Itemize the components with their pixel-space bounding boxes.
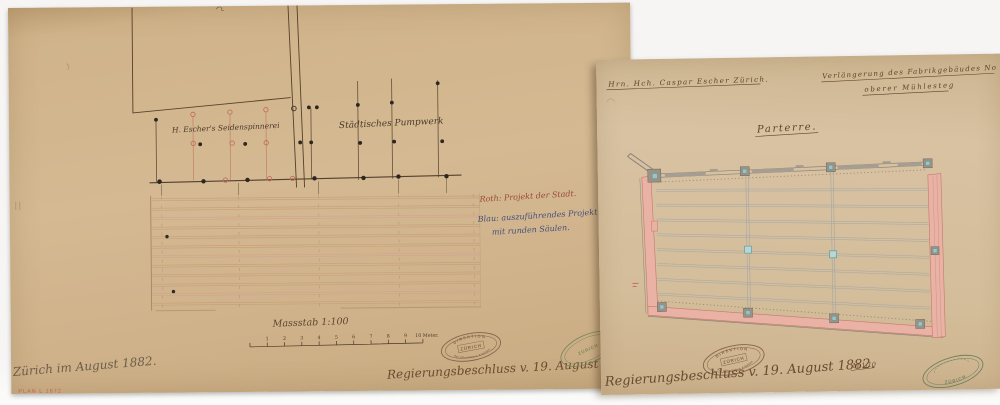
header-subject-line2: oberer Mühlesteg bbox=[864, 81, 955, 94]
stamp-bottom-text: ZÜRICH bbox=[943, 373, 967, 386]
approval-note: Regierungsbeschluss v. 19. August 1882. bbox=[603, 357, 875, 390]
scale-tick: 1 bbox=[266, 336, 269, 342]
scale-end-label: 10 Meter. bbox=[415, 333, 439, 339]
header-subject-line1: Verlängerung des Fabrikgebäudes No 10 bbox=[822, 63, 1000, 81]
sheet-headers: Hrn. Hch. Caspar Escher Zürich. Verlänge… bbox=[606, 63, 1000, 139]
wall-piers bbox=[648, 159, 941, 333]
scale-title: Massstab 1:100 bbox=[272, 316, 349, 330]
svg-text:ZÜRICH: ZÜRICH bbox=[943, 373, 967, 386]
scale-note: M 1/10 bbox=[851, 360, 876, 370]
legend-blue-line: Blau: auszuführendes Projekt bbox=[476, 208, 598, 224]
legend-red-line: Roth: Projekt der Stadt. bbox=[478, 189, 576, 204]
scale-tick: 5 bbox=[335, 335, 338, 341]
label-seidenspinnerei: H. Escher's Seidenspinnerei bbox=[171, 121, 280, 135]
scale-tick: 8 bbox=[387, 334, 390, 340]
approval-note: Regierungsbeschluss v. 19. August 1882. bbox=[386, 355, 634, 382]
label-pumpwerk: Städtisches Pumpwerk bbox=[339, 117, 444, 132]
scanned-plan-document: H. Escher's Seidenspinnerei Städtisches … bbox=[0, 0, 1000, 405]
color-legend: Roth: Projekt der Stadt. Blau: auszuführ… bbox=[476, 189, 598, 237]
scale-bar: Massstab 1:100 1 2 3 4 5 6 7 8 9 10 Mete… bbox=[250, 315, 439, 347]
parterre-floorplan bbox=[627, 149, 945, 343]
scale-tick: 2 bbox=[283, 336, 286, 342]
pencil-marks bbox=[14, 63, 70, 209]
red-project-columns bbox=[191, 107, 295, 182]
green-oval-stamp: ZÜRICH bbox=[919, 349, 986, 394]
scale-tick: 4 bbox=[318, 335, 321, 341]
scale-tick: 3 bbox=[300, 335, 303, 341]
site-plan-drawing: H. Escher's Seidenspinnerei Städtisches … bbox=[8, 3, 633, 394]
right-plan-sheet: Hrn. Hch. Caspar Escher Zürich. Verlänge… bbox=[596, 54, 1000, 395]
archive-plan-code: PLAN L 1672 bbox=[18, 389, 62, 394]
scale-tick: 6 bbox=[352, 334, 355, 340]
scale-tick: 7 bbox=[369, 334, 372, 340]
property-boundary-lines bbox=[132, 4, 462, 196]
stamp-mid-text: ZÜRICH bbox=[577, 342, 599, 357]
floor-plan-drawing: Hrn. Hch. Caspar Escher Zürich. Verlänge… bbox=[596, 54, 1000, 395]
left-plan-sheet: H. Escher's Seidenspinnerei Städtisches … bbox=[8, 3, 633, 394]
scale-tick: 9 bbox=[404, 333, 407, 339]
beam-grillage bbox=[151, 193, 481, 311]
date-note: Zürich im August 1882. bbox=[11, 354, 157, 379]
direktion-zuerich-stamp: DIREKTION ZÜRICH der öffentlichen Arbeit… bbox=[439, 328, 503, 365]
legend-blue-line2: mit runden Säulen. bbox=[492, 223, 570, 237]
